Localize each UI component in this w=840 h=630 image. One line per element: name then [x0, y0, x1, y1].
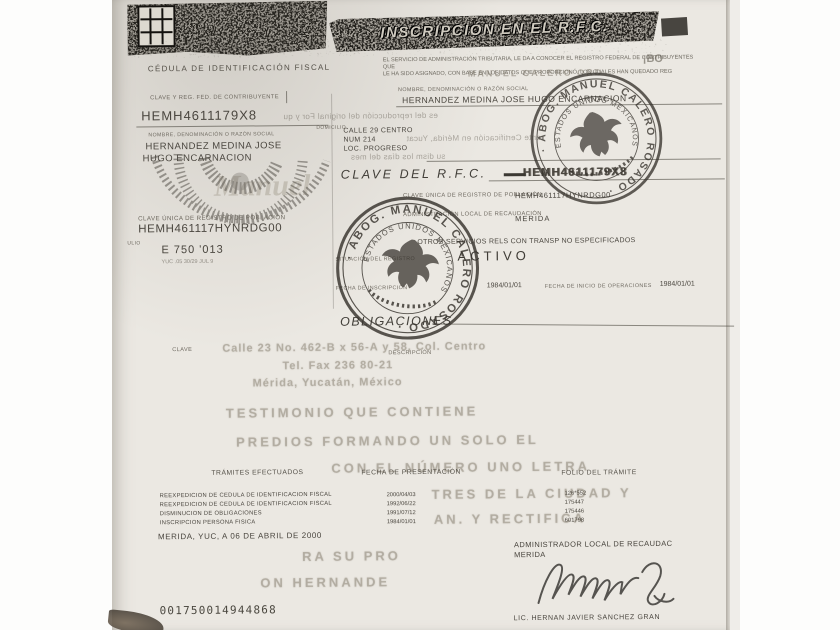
rfc-key-value: HEMH4611179X8	[523, 166, 628, 179]
tramite-label: INSCRIPCION PERSONA FISICA	[160, 519, 256, 526]
scanned-document: Calle 23 No. 462-B x 56-A y 58, Col. Cen…	[0, 0, 840, 630]
domicilio-label: DOMICILIO	[316, 125, 346, 131]
yuc-note: YUC .05 30/29 JUL 9	[162, 259, 214, 265]
situacion-label: SITUACIÓN DEL REGISTRO	[335, 256, 415, 263]
intro-ghost-caps: MANUEL CALERO ORD	[468, 67, 603, 78]
descripcion-column-label: DESCRIPCIÓN	[388, 350, 431, 356]
alr-value: MERIDA	[515, 214, 550, 223]
ghost-testimonio-line: TESTIMONIO QUE CONTIENE	[226, 403, 479, 420]
ghost-city-line: Mérida, Yucatán, México	[253, 376, 403, 389]
fecha-inicio-label: FECHA DE INICIO DE OPERACIONES	[545, 283, 652, 290]
form-curp-value: HEMH461117HYNRDG00	[515, 190, 611, 200]
tramite-folio: 175447	[565, 500, 584, 506]
domicilio-line1: CALLE 29 CENTRO	[343, 127, 412, 135]
left-curp-label: CLAVE ÚNICA DE REGISTRO DE POBLACIÓN	[138, 214, 285, 222]
form-name-label: NOMBRE, DENOMINACIÓN O RAZÓN SOCIAL	[398, 86, 529, 93]
tramite-label: REEXPEDICION DE CEDULA DE IDENTIFICACION…	[160, 492, 332, 500]
ghost-predios-line: PREDIOS FORMANDO UN SOLO EL	[236, 432, 539, 450]
eagle-emblem-icon	[565, 106, 628, 163]
tramite-folio: 126*552	[565, 491, 587, 497]
tramite-fecha: 1984/01/01	[387, 519, 416, 525]
ghost-address-line: Calle 23 No. 462-B x 56-A y 58, Col. Cen…	[222, 340, 486, 354]
e750-code: E 750 '013	[161, 244, 223, 257]
tramite-fecha: 1992/06/22	[387, 501, 416, 507]
mirror-bleed-repro: es del reproducción del original For y q…	[283, 111, 438, 121]
rfc-key-label: CLAVE DEL R.F.C.	[341, 166, 487, 181]
document-content: Calle 23 No. 462-B x 56-A y 58, Col. Cen…	[0, 0, 840, 630]
mirror-bleed-merida: ente Certificación en Mérida, Yucat	[406, 133, 540, 143]
obligaciones-title: OBLIGACIONES	[340, 314, 453, 329]
ghost-supro-line: RA SU PRO	[302, 548, 401, 564]
left-curp-value: HEMH461117HYNRDG00	[138, 222, 282, 235]
tramite-fecha: 2000/04/03	[387, 492, 416, 498]
obligaciones-underline	[432, 324, 734, 327]
actividad-value: OTROS SERVICIOS RELS CON TRANSP NO ESPEC…	[417, 237, 635, 246]
tramites-col3-header: FOLIO DEL TRÁMITE	[561, 469, 636, 477]
tramite-folio: 175446	[565, 509, 584, 515]
cedula-title: CÉDULA DE IDENTIFICACIÓN FISCAL	[148, 63, 331, 74]
label-bracket-line	[286, 91, 287, 103]
intro-ghost-bo: ¡BO	[643, 53, 663, 65]
ghost-ciudad-line: TRES DE LA CIUDAD Y	[432, 485, 632, 502]
admin-title-line1: ADMINISTRADOR LOCAL DE RECAUDAC	[514, 539, 672, 549]
tramites-col1-header: TRÁMITES EFECTUADOS	[211, 469, 303, 477]
fecha-inicio-value: 1984/01/01	[660, 281, 695, 288]
ghost-hernande-line: ON HERNANDE	[260, 574, 390, 590]
domicilio-underline	[427, 158, 721, 162]
place-date-line: MERIDA, YUC, A 06 DE ABRIL DE 2000	[158, 531, 322, 541]
left-rfc-value: HEMH4611179X8	[141, 107, 257, 123]
domicilio-line2: NUM 214	[343, 136, 375, 143]
left-rfc-underline	[136, 125, 328, 128]
banner-end-blot	[661, 17, 688, 37]
tramite-label: REEXPEDICION DE CEDULA DE IDENTIFICACION…	[160, 501, 332, 509]
firmante-name: LIC. HERNAN JAVIER SANCHEZ GRAN	[514, 614, 660, 622]
left-rfc-label: CLAVE Y REG. FED. DE CONTRIBUYENTE	[150, 94, 279, 101]
situacion-value: ACTIVO	[457, 248, 530, 264]
fecha-insc-value: 1984/01/01	[487, 282, 522, 289]
ulio-note: ULIO	[127, 240, 140, 246]
tramites-col2-header: FECHA DE PRESENTACIÓN	[361, 469, 461, 477]
ghost-rectifica-line: AN. Y RECTIFICA	[434, 511, 586, 527]
form-name-value: HERNANDEZ MEDINA JOSE HUGO ENCARNACION	[402, 93, 627, 105]
rfc-key-dash	[504, 173, 526, 176]
ghost-phone-line: Tel. Fax 236 80-21	[282, 359, 393, 372]
left-name-label: NOMBRE, DENOMINACIÓN O RAZÓN SOCIAL	[148, 131, 274, 138]
serial-number: 001750014944868	[160, 603, 277, 617]
tramite-fecha: 1991/07/12	[387, 510, 416, 516]
signature	[530, 550, 679, 613]
tramite-label: DISMINUCION DE OBLIGACIONES	[160, 510, 262, 517]
fecha-insc-label: FECHA DE INSCRIPCIÓN	[336, 285, 408, 292]
clave-column-label: CLAVE	[172, 347, 192, 353]
tramite-folio: 601798	[565, 518, 584, 524]
